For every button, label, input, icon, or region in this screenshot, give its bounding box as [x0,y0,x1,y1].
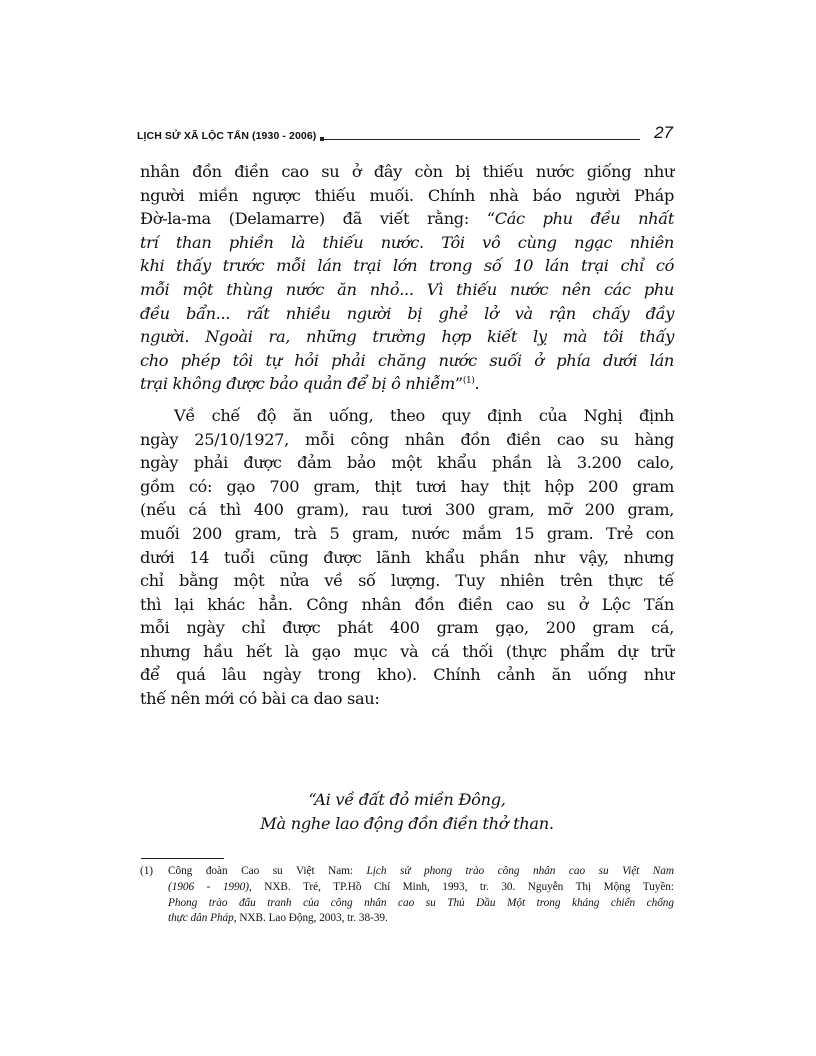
footnote-line: (1906 - 1990), NXB. Trẻ, TP.Hồ Chí Minh,… [168,880,674,896]
quote-line: mỗi một thùng nước ăn nhỏ... Vì thiếu nư… [140,278,674,302]
page-number: 27 [654,124,673,142]
text-line: Về chế độ ăn uống, theo quy định của Ngh… [140,404,674,428]
quote-run: mỗi một thùng nước ăn nhỏ... Vì thiếu nư… [140,280,674,299]
quote-run: khi thấy trước mỗi lán trại lớn trong số… [140,256,674,275]
text-run: , NXB. Trẻ, TP.Hồ Chí Minh, 1993, tr. 30… [249,881,674,893]
text-line: ngày phải được đảm bảo một khẩu phần là … [140,451,674,475]
quote-run: trí than phiền là thiếu nước. Tôi vô cùn… [140,233,674,252]
text-line: để quá lâu ngày trong kho). Chính cảnh ă… [140,663,674,687]
body-text: nhân đồn điền cao su ở đây còn bị thiếu … [140,160,674,711]
footnote: (1) Công đoàn Cao su Việt Nam: Lịch sử p… [140,864,674,927]
quote-run: cho phép tôi tự hỏi phải chăng nước suối… [140,351,674,370]
text-line: thế nên mới có bài ca dao sau: [140,687,674,711]
text-line: ngày 25/10/1927, mỗi công nhân đồn điền … [140,428,674,452]
text-line: nhân đồn điền cao su ở đây còn bị thiếu … [140,160,674,184]
footnote-line: Phong trào đấu tranh của công nhân cao s… [168,896,674,912]
footnote-line: thực dân Pháp, NXB. Lao Động, 2003, tr. … [168,911,674,927]
running-title: LỊCH SỬ XÃ LỘC TẤN (1930 - 2006) [137,130,316,142]
quote-line: đều bẩn... rất nhiều người bị ghẻ lở và … [140,302,674,326]
text-run: Công đoàn Cao su Việt Nam: [168,865,367,877]
citation-title: Lịch sử phong trào công nhân cao su Việt… [367,865,674,877]
text-line: mỗi ngày chỉ được phát 400 gram gạo, 200… [140,616,674,640]
footnote-separator [141,858,224,859]
quote-line: người. Ngoài ra, những trường hợp kiết l… [140,325,674,349]
footnote-marker: (1) [140,864,168,927]
text-line: gồm có: gạo 700 gram, thịt tươi hay thịt… [140,475,674,499]
citation-title: Phong trào đấu tranh của công nhân cao s… [168,897,674,909]
punctuation: . [475,374,480,393]
quote-run: người. Ngoài ra, những trường hợp kiết l… [140,327,674,346]
quote-run: Các phu đều nhất [495,209,674,228]
text-line: dưới 14 tuổi cũng được lãnh khẩu phần nh… [140,546,674,570]
quote-line: khi thấy trước mỗi lán trại lớn trong số… [140,254,674,278]
footnote-reference[interactable]: (1) [463,376,475,386]
text-line: Đờ-la-ma (Delamarre) đã viết rằng: “Các … [140,207,674,231]
quote-run: đều bẩn... rất nhiều người bị ghẻ lở và … [140,304,674,323]
quote-line: trí than phiền là thiếu nước. Tôi vô cùn… [140,231,674,255]
citation-title: thực dân Pháp [168,912,234,924]
text-line: chỉ bằng một nửa về số lượng. Tuy nhiên … [140,569,674,593]
citation-title: (1906 - 1990) [168,881,249,893]
quote-run: trại không được bảo quản để bị ô nhiễm [140,374,455,393]
quote-line: cho phép tôi tự hỏi phải chăng nước suối… [140,349,674,373]
footnote-body: Công đoàn Cao su Việt Nam: Lịch sử phong… [168,864,674,927]
text-line: thì lại khác hẳn. Công nhân đồn điền cao… [140,593,674,617]
close-quote: ” [455,374,463,393]
paragraph-gap [140,396,674,404]
running-header: LỊCH SỬ XÃ LỘC TẤN (1930 - 2006) 27 [137,118,677,142]
folk-verse: “Ai về đất đỏ miền Đông, Mà nghe lao độn… [140,788,674,836]
text-line: muối 200 gram, trà 5 gram, nước mắm 15 g… [140,522,674,546]
footnote-line: Công đoàn Cao su Việt Nam: Lịch sử phong… [168,864,674,880]
text-line: (nếu cá thì 400 gram), rau tươi 300 gram… [140,498,674,522]
header-rule [320,139,640,140]
text-run: Đờ-la-ma (Delamarre) đã viết rằng: “ [140,209,495,228]
verse-line: “Ai về đất đỏ miền Đông, [140,788,674,812]
verse-line: Mà nghe lao động đồn điền thở than. [140,812,674,836]
text-run: , NXB. Lao Động, 2003, tr. 38-39. [234,912,388,924]
quote-line: trại không được bảo quản để bị ô nhiễm”(… [140,372,674,396]
text-line: nhưng hầu hết là gạo mục và cá thối (thự… [140,640,674,664]
text-line: người miền ngược thiếu muối. Chính nhà b… [140,184,674,208]
